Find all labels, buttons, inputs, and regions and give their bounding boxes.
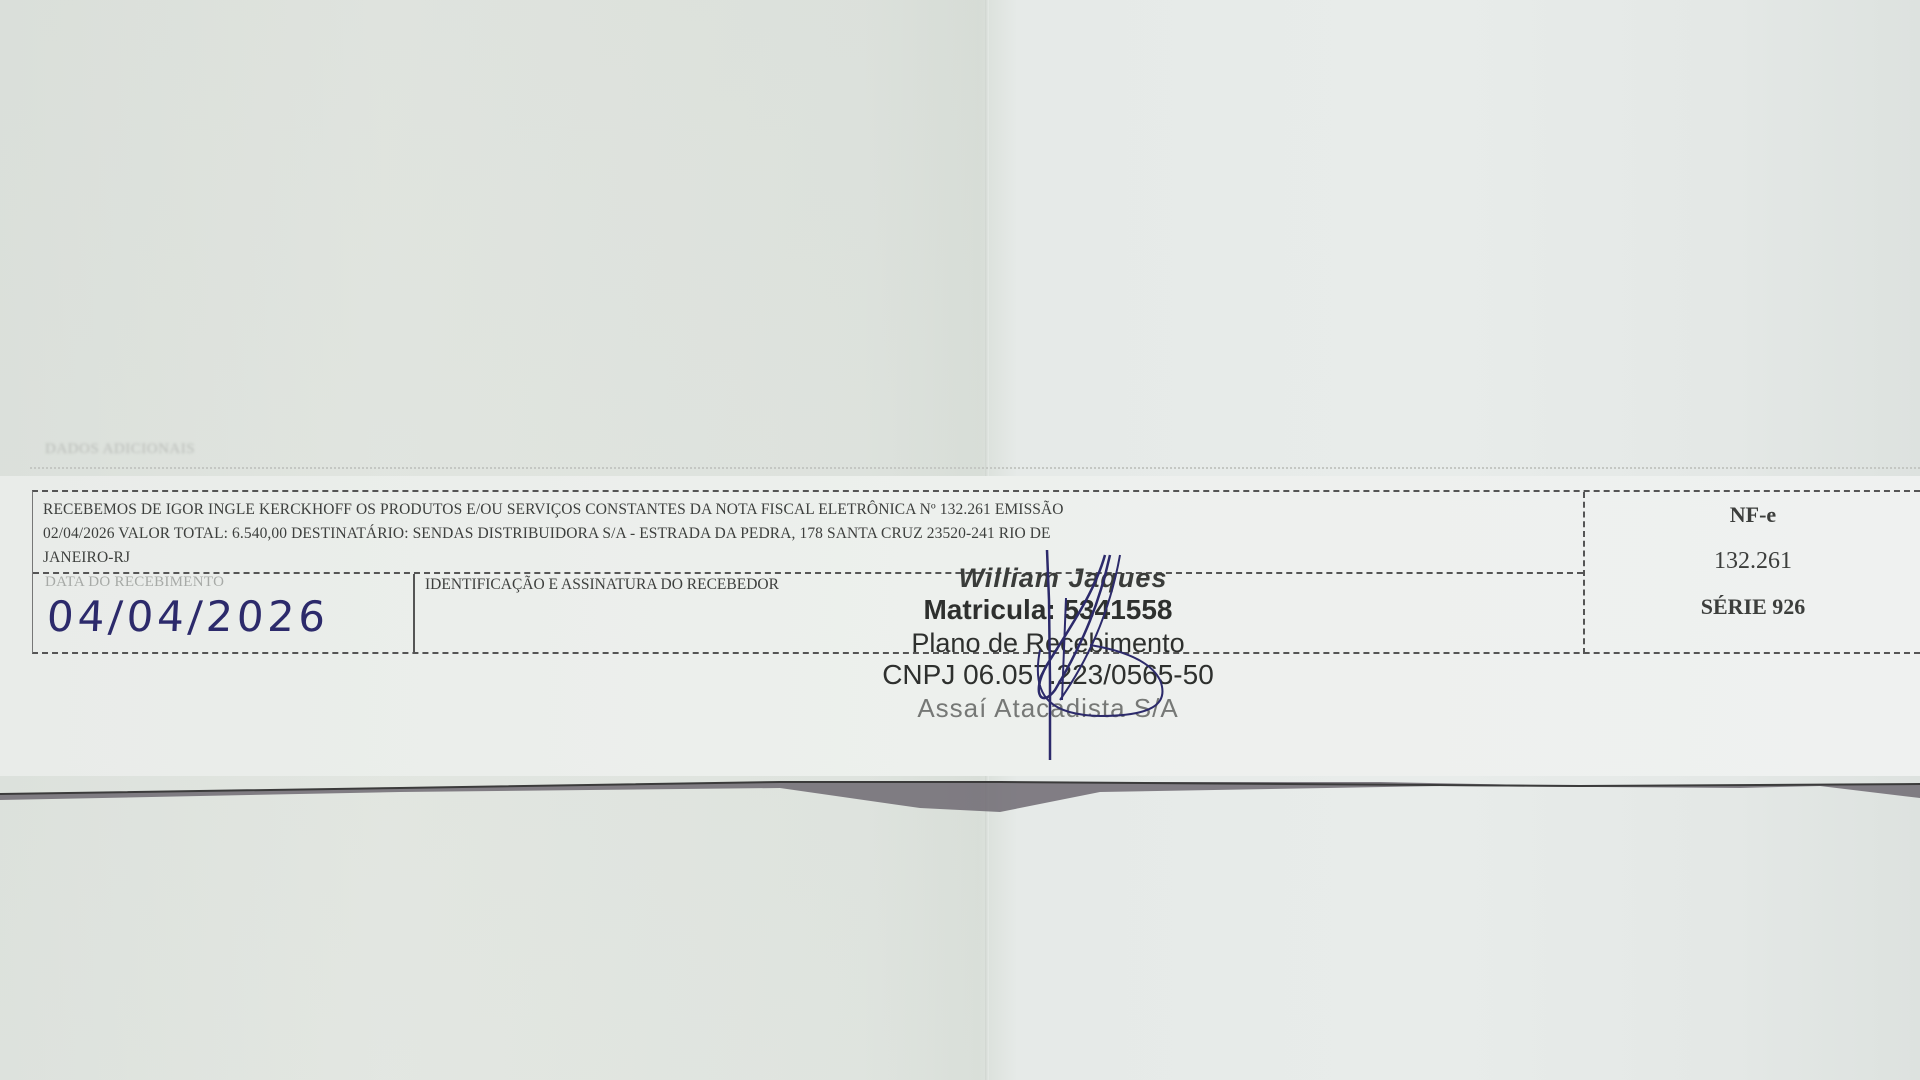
handwritten-signature — [0, 0, 1920, 1080]
